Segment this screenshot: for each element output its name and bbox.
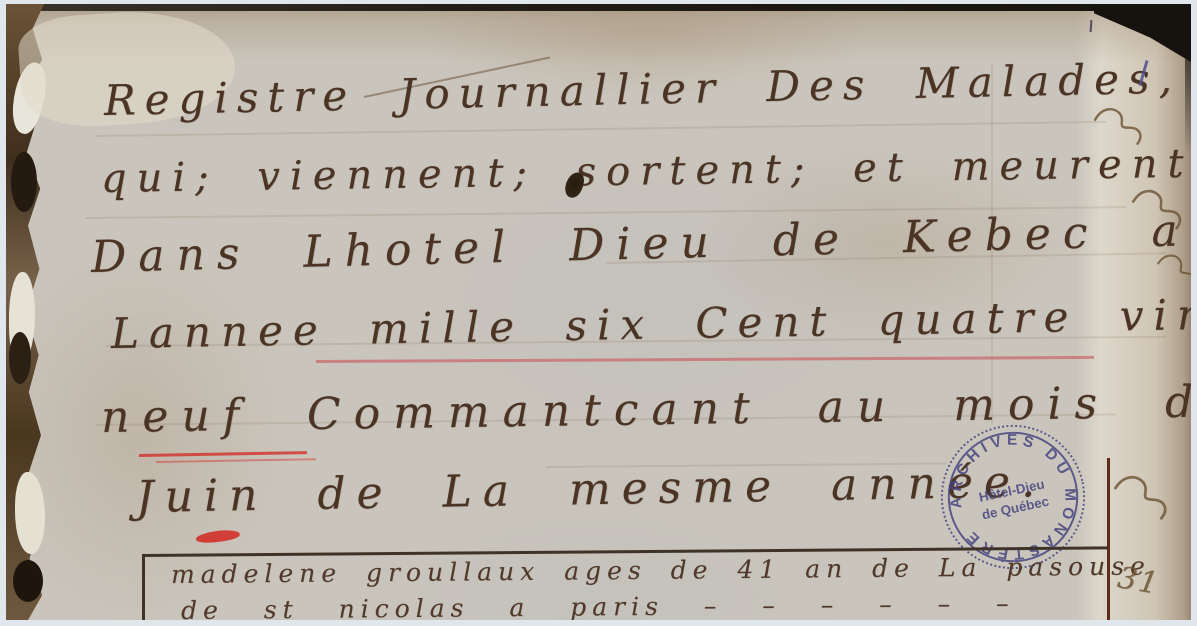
entry-line-1: madelene groullaux ages de 41 an de La p… bbox=[171, 551, 1151, 589]
crease-line bbox=[96, 121, 1106, 137]
binding-dark-spot bbox=[9, 332, 31, 384]
page-number: 31 bbox=[1115, 560, 1163, 602]
scan-frame: Registre Journallier Des Malades, qui; v… bbox=[0, 0, 1197, 626]
table-left-rule bbox=[142, 554, 145, 620]
flourish-mark bbox=[1116, 182, 1191, 236]
flourish-mark bbox=[1146, 247, 1191, 295]
title-line-4: Lannee mille six Cent quatre vingt bbox=[111, 289, 1191, 358]
red-underline-mille-six-cent bbox=[316, 356, 1094, 363]
red-mark-juin bbox=[195, 528, 240, 545]
manuscript-page: Registre Journallier Des Malades, qui; v… bbox=[6, 4, 1191, 620]
book-top-edge bbox=[6, 4, 1191, 11]
title-line-6: Juin de La mesme année. bbox=[136, 456, 1047, 523]
entry-line-2: de st nicolas a paris – – – – – – bbox=[181, 589, 1015, 620]
title-line-2: qui; viennent; sortent; et meurent – bbox=[101, 140, 1191, 202]
red-underline-neuf bbox=[139, 451, 307, 457]
table-right-rule bbox=[1107, 458, 1110, 620]
book-right-edge-shadow bbox=[1185, 4, 1191, 154]
binding-dark-spot bbox=[11, 152, 37, 212]
red-underline-neuf-2 bbox=[156, 458, 316, 463]
flourish-mark bbox=[1108, 462, 1178, 532]
blue-pen-mark-small bbox=[1090, 20, 1093, 32]
flourish-mark bbox=[1080, 101, 1161, 150]
title-line-1: Registre Journallier Des Malades, bbox=[103, 53, 1181, 125]
binding-dark-spot bbox=[13, 560, 43, 602]
paper-chip bbox=[15, 472, 45, 554]
